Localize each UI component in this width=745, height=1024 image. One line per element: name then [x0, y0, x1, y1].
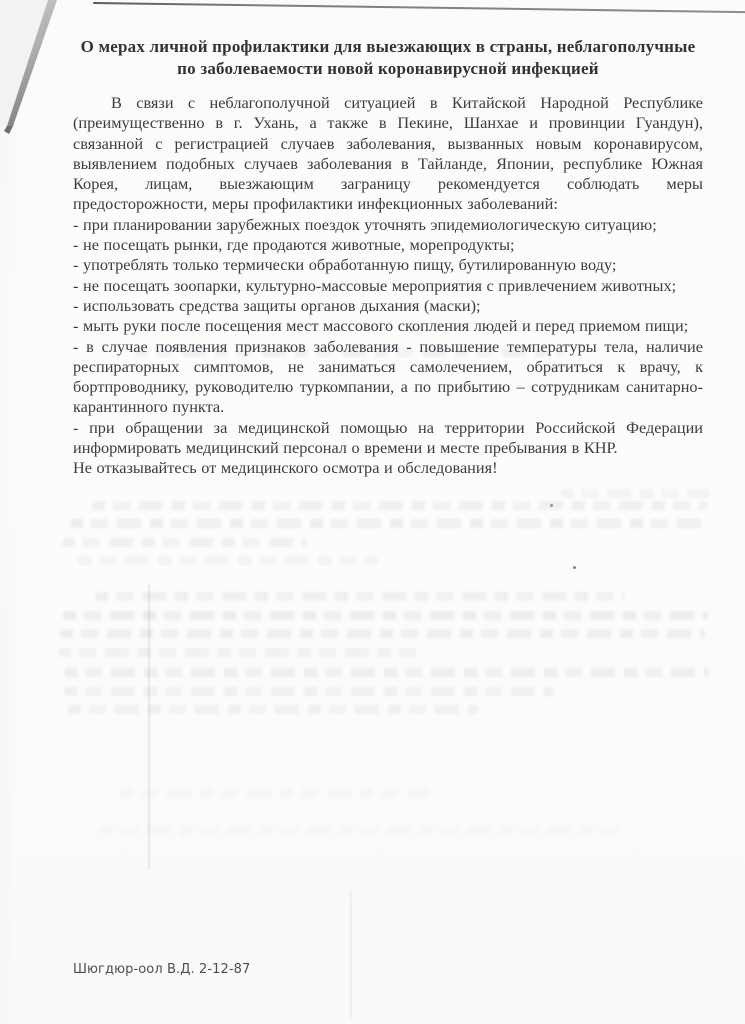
- bleed-through-line: [560, 489, 710, 498]
- scan-edge-line-artifact: [93, 2, 745, 13]
- bleed-through-line: [78, 556, 378, 565]
- bullet-item: - не посещать зоопарки, культурно-массов…: [73, 276, 703, 296]
- title-line: О мерах личной профилактики для выезжающ…: [73, 36, 703, 58]
- bleed-through-line: [120, 789, 430, 798]
- bleed-through-line: [95, 592, 625, 601]
- author-note: Шюгдюр-оол В.Д. 2-12-87: [73, 962, 250, 977]
- scan-streak-artifact: [148, 585, 150, 870]
- bullet-item: - использовать средства защиты органов д…: [73, 296, 703, 316]
- bleed-through-line: [58, 648, 423, 657]
- bleed-through-line: [64, 687, 554, 696]
- document-title: О мерах личной профилактики для выезжающ…: [73, 36, 703, 80]
- scanned-page: О мерах личной профилактики для выезжающ…: [0, 0, 745, 1024]
- bullet-item: - не посещать рынки, где продаются живот…: [73, 235, 703, 255]
- bleed-through-line: [68, 705, 478, 714]
- document-body: О мерах личной профилактики для выезжающ…: [73, 36, 703, 479]
- scan-streak-artifact: [350, 890, 352, 1020]
- ink-speck-artifact: [550, 504, 553, 507]
- page-corner-fold-artifact: [0, 0, 70, 140]
- bullet-item: - мыть руки после посещения мест массово…: [73, 316, 703, 336]
- title-line: по заболеваемости новой коронавирусной и…: [73, 58, 703, 80]
- bleed-through-line: [63, 611, 708, 620]
- closing-warning-line: Не отказывайтесь от медицинского осмотра…: [73, 458, 703, 478]
- bullet-item: - при планировании зарубежных поездок ут…: [73, 215, 703, 235]
- bullet-item: - употреблять только термически обработа…: [73, 255, 703, 275]
- bleed-through-line: [100, 826, 620, 835]
- intro-paragraph: В связи с неблагополучной ситуацией в Ки…: [73, 93, 703, 215]
- bleed-through-line: [64, 668, 709, 677]
- bleed-through-line: [70, 519, 708, 528]
- bleed-through-line: [62, 538, 307, 547]
- bleed-through-line: [60, 629, 705, 638]
- ink-speck-artifact: [573, 566, 576, 569]
- bullet-item: - при обращении за медицинской помощью н…: [73, 418, 703, 459]
- bleed-through-line: [92, 501, 708, 510]
- bleed-through-line: [135, 348, 565, 357]
